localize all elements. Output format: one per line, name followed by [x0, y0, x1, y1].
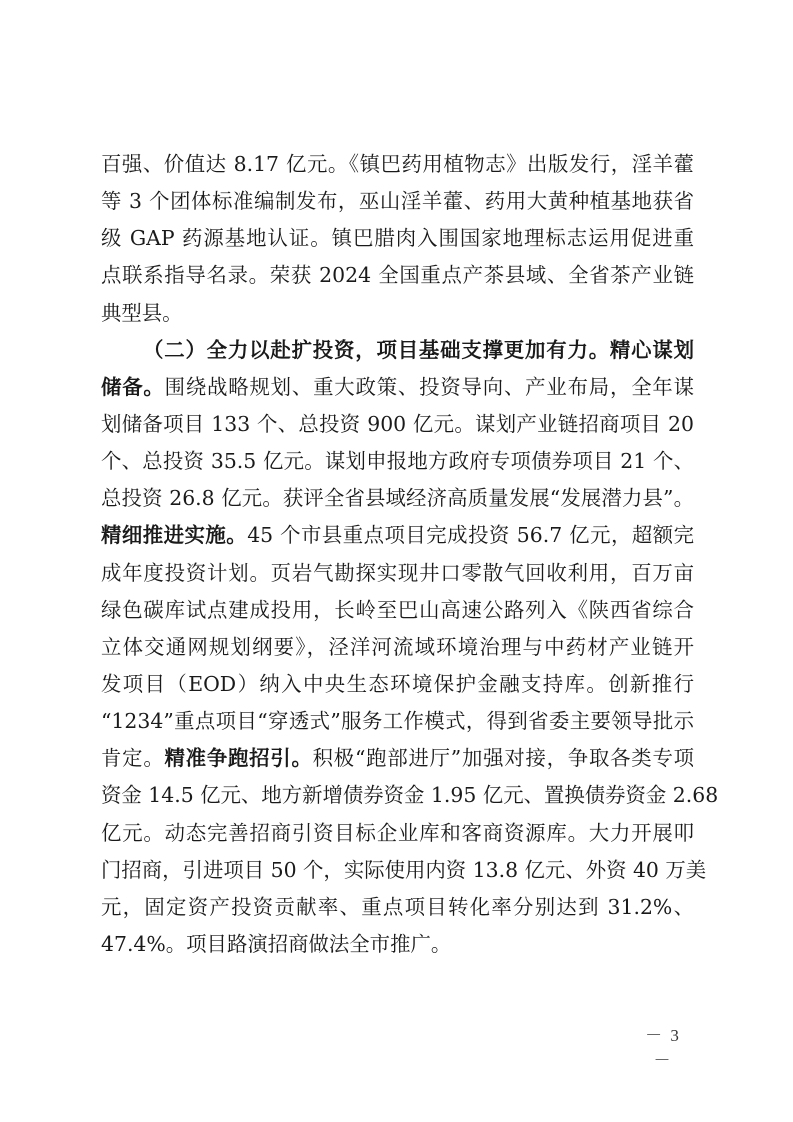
- section-heading: （二）全力以赴扩投资，项目基础支撑更加有力。精心谋划: [143, 338, 694, 362]
- text-segment: 45 个市县重点项目完成投资 56.7 亿元，超额完: [247, 523, 694, 547]
- text-line: 成年度投资计划。页岩气勘探实现井口零散气回收利用，百万亩: [101, 555, 694, 592]
- text-line: 资金 14.5 亿元、地方新增债券资金 1.95 亿元、置换债券资金 2.68: [101, 777, 694, 814]
- text-segment: 绿色碳库试点建成投用，长岭至巴山高速公路列入《陕西省综合: [101, 598, 694, 622]
- page-number: － 3 －: [633, 1021, 693, 1071]
- text-line: 肯定。精准争跑招引。积极“跑部进厅”加强对接，争取各类专项: [101, 740, 694, 777]
- text-line: 发项目（EOD）纳入中央生态环境保护金融支持库。创新推行: [101, 666, 694, 703]
- section-heading-line: （二）全力以赴扩投资，项目基础支撑更加有力。精心谋划: [101, 332, 694, 369]
- text-line: 典型县。: [101, 295, 694, 332]
- text-line: 亿元。动态完善招商引资目标企业库和客商资源库。大力开展叩: [101, 815, 694, 852]
- subheading-text: 精细推进实施。: [101, 523, 247, 547]
- text-line: 47.4%。项目路演招商做法全市推广。: [101, 926, 694, 963]
- text-line: 等 3 个团体标准编制发布，巫山淫羊藿、药用大黄种植基地获省: [101, 183, 694, 220]
- subheading-text: 储备。: [101, 375, 165, 399]
- text-line: 级 GAP 药源基地认证。镇巴腊肉入围国家地理标志运用促进重: [101, 220, 694, 257]
- text-segment: 点联系指导名录。荣获 2024 全国重点产茶县域、全省茶产业链: [101, 263, 694, 287]
- text-line: 点联系指导名录。荣获 2024 全国重点产茶县域、全省茶产业链: [101, 257, 694, 294]
- text-line: 总投资 26.8 亿元。获评全省县域经济高质量发展“发展潜力县”。: [101, 480, 694, 517]
- text-segment: 肯定。: [101, 746, 165, 770]
- text-segment: 资金 14.5 亿元、地方新增债券资金 1.95 亿元、置换债券资金 2.68: [101, 783, 718, 807]
- text-line: 百强、价值达 8.17 亿元。《镇巴药用植物志》出版发行，淫羊藿: [101, 146, 694, 183]
- text-segment: 发项目（EOD）纳入中央生态环境保护金融支持库。创新推行: [101, 672, 694, 696]
- text-segment: 围绕战略规划、重大政策、投资导向、产业布局，全年谋: [165, 375, 694, 399]
- text-segment: 个、总投资 35.5 亿元。谋划申报地方政府专项债券项目 21 个、: [101, 449, 694, 473]
- text-segment: 总投资 26.8 亿元。获评全省县域经济高质量发展“发展潜力县”。: [101, 486, 694, 510]
- text-segment: 等 3 个团体标准编制发布，巫山淫羊藿、药用大黄种植基地获省: [101, 189, 694, 213]
- text-line: 元，固定资产投资贡献率、重点项目转化率分别达到 31.2%、: [101, 889, 694, 926]
- text-segment: 元，固定资产投资贡献率、重点项目转化率分别达到 31.2%、: [101, 895, 694, 919]
- text-segment: “1234”重点项目“穿透式”服务工作模式，得到省委主要领导批示: [101, 709, 694, 733]
- text-segment: 积极“跑部进厅”加强对接，争取各类专项: [313, 746, 694, 770]
- text-line: 精细推进实施。45 个市县重点项目完成投资 56.7 亿元，超额完: [101, 517, 694, 554]
- text-line: 个、总投资 35.5 亿元。谋划申报地方政府专项债券项目 21 个、: [101, 443, 694, 480]
- text-line: 划储备项目 133 个、总投资 900 亿元。谋划产业链招商项目 20: [101, 406, 694, 443]
- text-line: 门招商，引进项目 50 个，实际使用内资 13.8 亿元、外资 40 万美: [101, 852, 694, 889]
- document-body: 百强、价值达 8.17 亿元。《镇巴药用植物志》出版发行，淫羊藿 等 3 个团体…: [101, 146, 694, 963]
- text-segment: 47.4%。项目路演招商做法全市推广。: [101, 932, 451, 956]
- text-segment: 立体交通网规划纲要》，泾洋河流域环境治理与中药材产业链开: [101, 635, 694, 659]
- text-segment: 百强、价值达 8.17 亿元。《镇巴药用植物志》出版发行，淫羊藿: [101, 152, 694, 176]
- text-line: “1234”重点项目“穿透式”服务工作模式，得到省委主要领导批示: [101, 703, 694, 740]
- text-segment: 成年度投资计划。页岩气勘探实现井口零散气回收利用，百万亩: [101, 561, 694, 585]
- text-segment: 典型县。: [101, 301, 183, 325]
- text-line: 储备。围绕战略规划、重大政策、投资导向、产业布局，全年谋: [101, 369, 694, 406]
- text-line: 绿色碳库试点建成投用，长岭至巴山高速公路列入《陕西省综合: [101, 592, 694, 629]
- subheading-text: 精准争跑招引。: [165, 746, 313, 770]
- text-segment: 亿元。动态完善招商引资目标企业库和客商资源库。大力开展叩: [101, 821, 694, 845]
- text-segment: 门招商，引进项目 50 个，实际使用内资 13.8 亿元、外资 40 万美: [101, 858, 706, 882]
- text-segment: 划储备项目 133 个、总投资 900 亿元。谋划产业链招商项目 20: [101, 412, 694, 436]
- text-segment: 级 GAP 药源基地认证。镇巴腊肉入围国家地理标志运用促进重: [101, 226, 694, 250]
- text-line: 立体交通网规划纲要》，泾洋河流域环境治理与中药材产业链开: [101, 629, 694, 666]
